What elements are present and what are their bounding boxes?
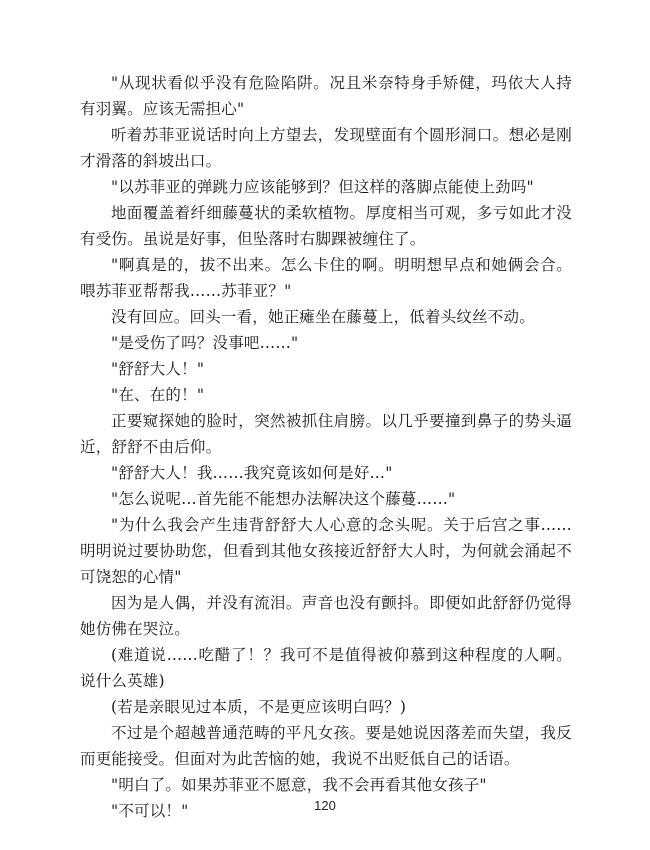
paragraph: "为什么我会产生违背舒舒大人心意的念头呢。关于后宫之事……明明说过要协助您，但看… — [80, 512, 572, 590]
paragraph: "怎么说呢…首先能不能想办法解决这个藤蔓……" — [80, 486, 572, 512]
paragraph: "舒舒大人！我……我究竟该如何是好…" — [80, 460, 572, 486]
paragraph: 正要窥探她的脸时，突然被抓住肩膀。以几乎要撞到鼻子的势头逼近，舒舒不由后仰。 — [80, 408, 572, 460]
page-number: 120 — [0, 798, 650, 813]
paragraph: (若是亲眼见过本质，不是更应该明白吗？) — [80, 694, 572, 720]
paragraph: "是受伤了吗？没事吧……" — [80, 330, 572, 356]
paragraph: 因为是人偶，并没有流泪。声音也没有颤抖。即便如此舒舒仍觉得她仿佛在哭泣。 — [80, 590, 572, 642]
paragraph: 没有回应。回头一看，她正瘫坐在藤蔓上，低着头纹丝不动。 — [80, 304, 572, 330]
paragraph: "舒舒大人！" — [80, 356, 572, 382]
paragraph: "以苏菲亚的弹跳力应该能够到？但这样的落脚点能使上劲吗" — [80, 174, 572, 200]
paragraph: 不过是个超越普通范畴的平凡女孩。要是她说因落差而失望，我反而更能接受。但面对为此… — [80, 720, 572, 772]
page-body: "从现状看似乎没有危险陷阱。况且米奈特身手矫健，玛依大人持有羽翼。应该无需担心"… — [80, 70, 572, 824]
paragraph: 地面覆盖着纤细藤蔓状的柔软植物。厚度相当可观，多亏如此才没有受伤。虽说是好事，但… — [80, 200, 572, 252]
paragraph: "啊真是的，拔不出来。怎么卡住的啊。明明想早点和她俩会合。喂苏菲亚帮帮我……苏菲… — [80, 252, 572, 304]
paragraph: "明白了。如果苏菲亚不愿意，我不会再看其他女孩子" — [80, 772, 572, 798]
paragraph: 听着苏菲亚说话时向上方望去，发现壁面有个圆形洞口。想必是刚才滑落的斜坡出口。 — [80, 122, 572, 174]
paragraph: "在、在的！" — [80, 382, 572, 408]
paragraph: (难道说……吃醋了！？我可不是值得被仰慕到这种程度的人啊。说什么英雄) — [80, 642, 572, 694]
paragraph: "从现状看似乎没有危险陷阱。况且米奈特身手矫健，玛依大人持有羽翼。应该无需担心" — [80, 70, 572, 122]
